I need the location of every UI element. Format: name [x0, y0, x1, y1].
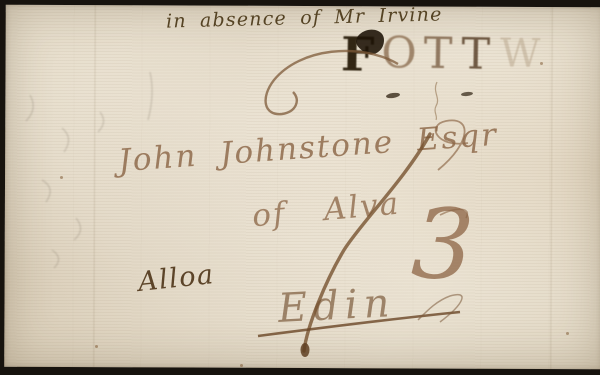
postmark-letter: F	[341, 31, 375, 79]
paper-speck	[566, 332, 569, 335]
photo-backdrop: { "letter": { "docket_line": "in absence…	[0, 0, 600, 375]
manuscript-rate-numeral: 3	[410, 194, 477, 294]
straight-line-postmark: FOTTW	[341, 31, 541, 81]
paper-speck	[95, 345, 98, 348]
postmark-letter: T	[461, 33, 490, 76]
paper-speck	[540, 62, 543, 65]
postmark-letter: O	[381, 32, 417, 76]
fold-crease-right	[549, 7, 554, 369]
postmark-letter: W	[500, 34, 541, 74]
struck-destination-edin: Edin	[277, 280, 397, 332]
postmark-letter: T	[423, 33, 452, 76]
paper-speck	[240, 364, 243, 367]
paper-speck	[60, 176, 63, 179]
fold-crease-left	[92, 5, 97, 367]
